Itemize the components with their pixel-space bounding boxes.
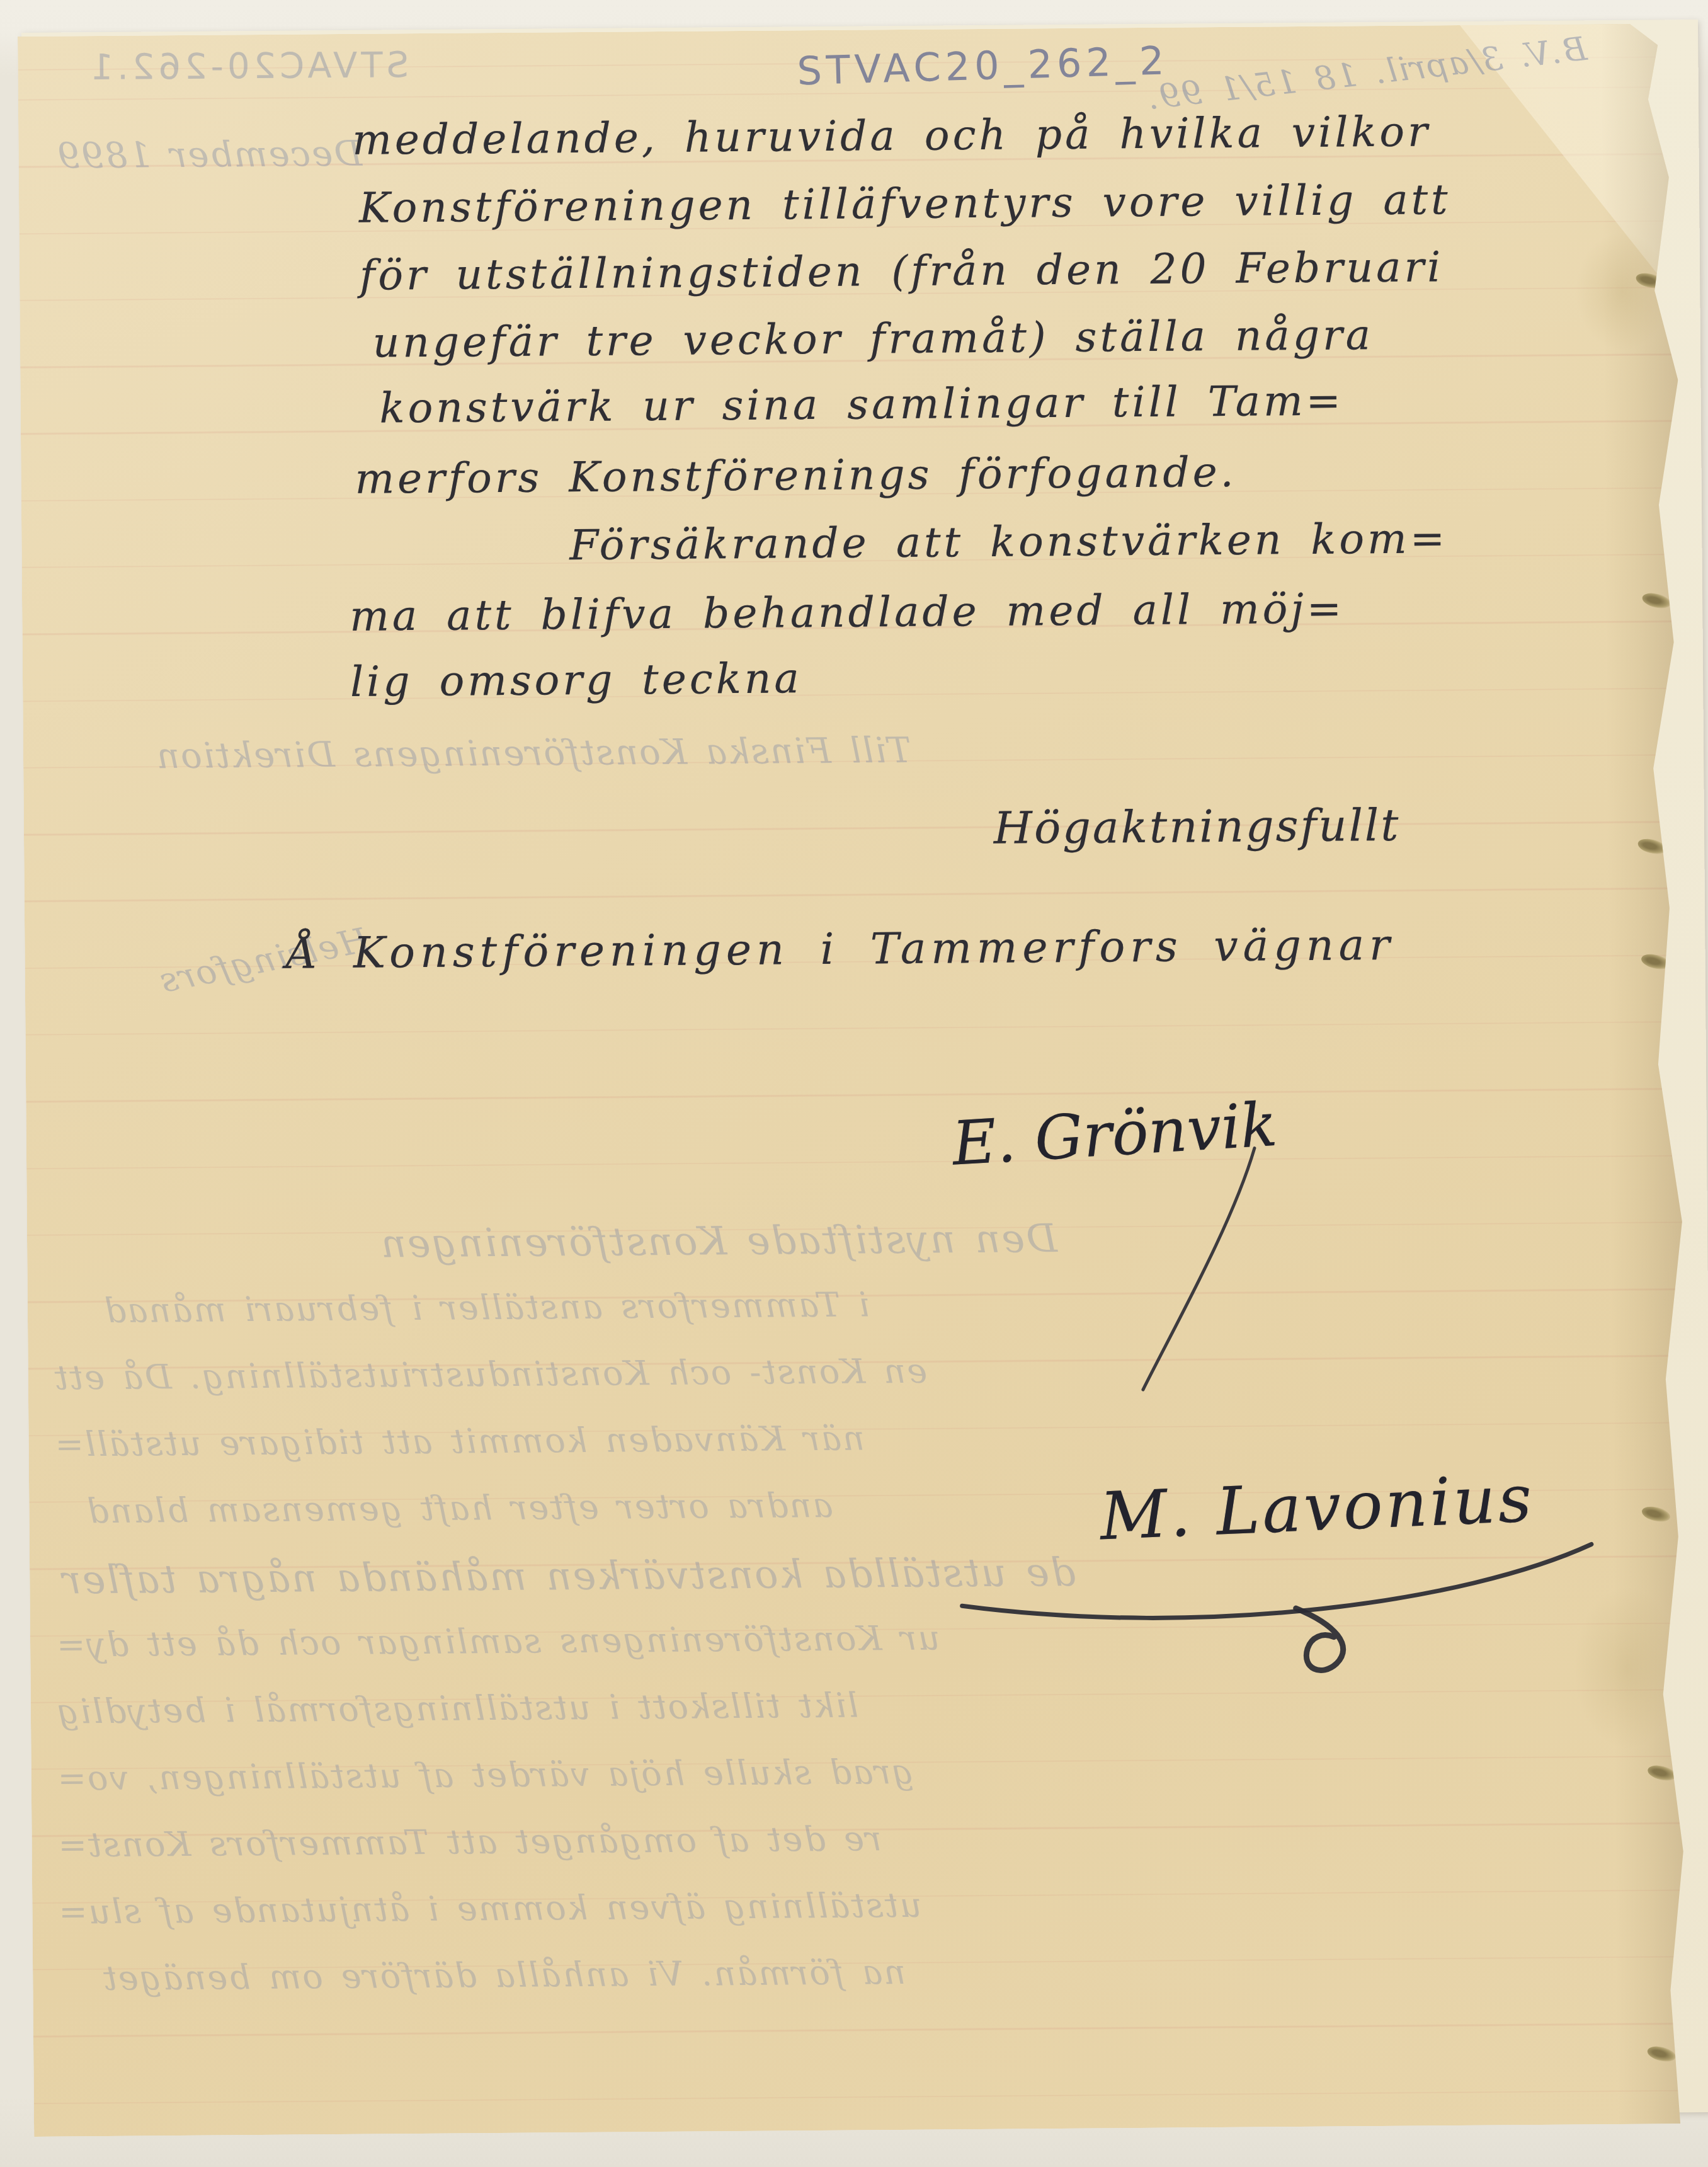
bleed-line-5: andra orter efter haft gemensam bland (86, 1485, 833, 1531)
bleed-line-7: ur Konstföreningens samlingar och då ett… (55, 1618, 940, 1665)
bleed-line-4: när Känvaden kommit att tidigare utställ… (54, 1419, 865, 1465)
letter-line-8: ma att blifva behandlade med all möj= (350, 584, 1345, 640)
bleed-line-3: en Konst- och Konstindustriutställning. … (53, 1351, 927, 1398)
bleed-date-mirrored: December 1899 (56, 134, 362, 177)
scan-background: { "page": { "kind": "scanned handwritten… (0, 0, 1708, 2167)
bleed-line-11: utställning äfven komme i åtnjutande af … (57, 1885, 921, 1932)
bleed-line-10: re det af omgånget att Tammerfors Konst= (57, 1819, 882, 1865)
letter-line-4: ungefär tre veckor framåt) ställa några (373, 311, 1374, 367)
bleed-line-9: grad skulle höja värdet af utställningen… (56, 1752, 914, 1798)
bleed-code-mirrored: STVAC20-262.1 (87, 45, 409, 88)
signature-gronvik-tail (1097, 1135, 1288, 1407)
closing-line: Högaktningsfullt (994, 799, 1401, 854)
letter-line-5: konstvärk ur sina samlingar till Tam= (379, 376, 1344, 432)
bleed-address-mirrored: Till Finska Konstföreningens Direktion (156, 730, 911, 777)
bleed-line-1: Den nystiftade Konstföreningen (380, 1215, 1057, 1266)
letter-line-2: Konstföreningen tilläfventyrs vore villi… (359, 175, 1451, 232)
letter-line-6: merfors Konstförenings förfogande. (355, 448, 1237, 503)
scan-page: STVAC20_262_2 STVAC20-262.1 B.V. 3/april… (0, 0, 1708, 2167)
letter-page: STVAC20_262_2 STVAC20-262.1 B.V. 3/april… (18, 23, 1693, 2137)
letter-line-1: meddelande, huruvida och på hvilka vilko… (352, 107, 1431, 164)
letter-line-3: för utställningstiden (från den 20 Febru… (360, 243, 1444, 300)
letter-line-9: lig omsorg teckna (350, 654, 802, 706)
bleed-line-6: de utställda konstvärken måhända några t… (61, 1549, 1076, 1603)
bleed-line-12: na förmån. Vi anhålla därföre om benäget (102, 1952, 906, 1998)
letter-line-7: Försäkrande att konstvärken kom= (569, 514, 1448, 569)
bleed-line-2: i Tammerfors anställer i februari månad (103, 1284, 870, 1330)
on-behalf-line: Å Konstföreningen i Tammerfors vägnar (286, 920, 1395, 979)
bleed-line-8: likt tillskott i utställningsformål i be… (56, 1686, 859, 1732)
